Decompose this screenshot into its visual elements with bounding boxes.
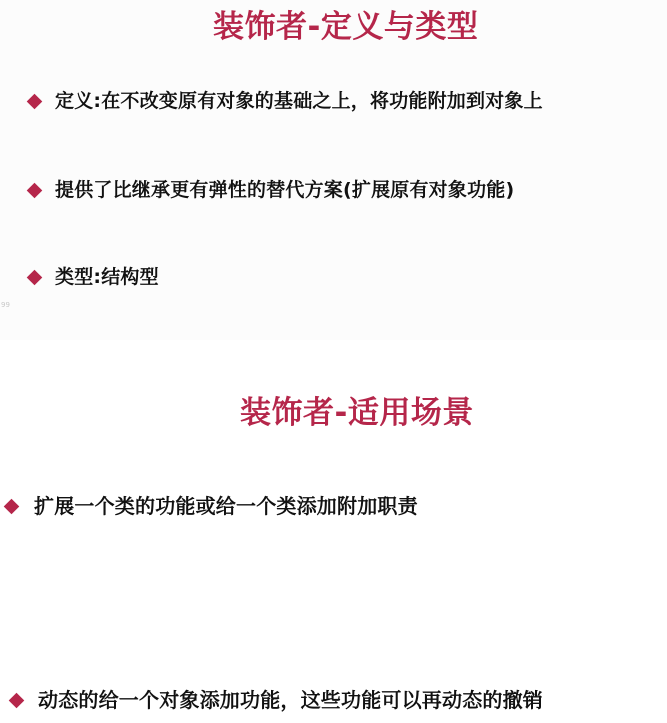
slide-applicable-scenarios: 装饰者-适用场景 扩展一个类的功能或给一个类添加附加职责 动态的给一个对象添加功…: [0, 340, 667, 723]
diamond-bullet-icon: [4, 498, 20, 514]
diamond-bullet-icon: [9, 692, 25, 708]
bullet-text: 动态的给一个对象添加功能，这些功能可以再动态的撤销: [38, 688, 543, 712]
bullet-extend-class: 扩展一个类的功能或给一个类添加附加职责: [6, 494, 418, 518]
bullet-text: 扩展一个类的功能或给一个类添加附加职责: [34, 494, 418, 518]
bullet-definition: 定义:在不改变原有对象的基础之上，将功能附加到对象上: [29, 89, 543, 113]
diamond-bullet-icon: [27, 269, 43, 285]
slide-title: 装饰者-适用场景: [240, 395, 474, 431]
slides-canvas: 装饰者-定义与类型 定义:在不改变原有对象的基础之上，将功能附加到对象上 提供了…: [0, 0, 667, 723]
bullet-dynamic-add-remove: 动态的给一个对象添加功能，这些功能可以再动态的撤销: [11, 688, 543, 712]
diamond-bullet-icon: [27, 93, 43, 109]
bullet-alternative-to-inheritance: 提供了比继承更有弹性的替代方案(扩展原有对象功能): [29, 178, 514, 202]
bullet-text: 定义:在不改变原有对象的基础之上，将功能附加到对象上: [55, 89, 543, 113]
diamond-bullet-icon: [27, 182, 43, 198]
slide-title: 装饰者-定义与类型: [213, 9, 478, 45]
bullet-text: 类型:结构型: [55, 265, 159, 289]
page-marker: 99: [1, 301, 10, 309]
bullet-type: 类型:结构型: [29, 265, 159, 289]
bullet-text: 提供了比继承更有弹性的替代方案(扩展原有对象功能): [55, 178, 514, 202]
slide-definition-and-type: 装饰者-定义与类型 定义:在不改变原有对象的基础之上，将功能附加到对象上 提供了…: [0, 0, 667, 340]
